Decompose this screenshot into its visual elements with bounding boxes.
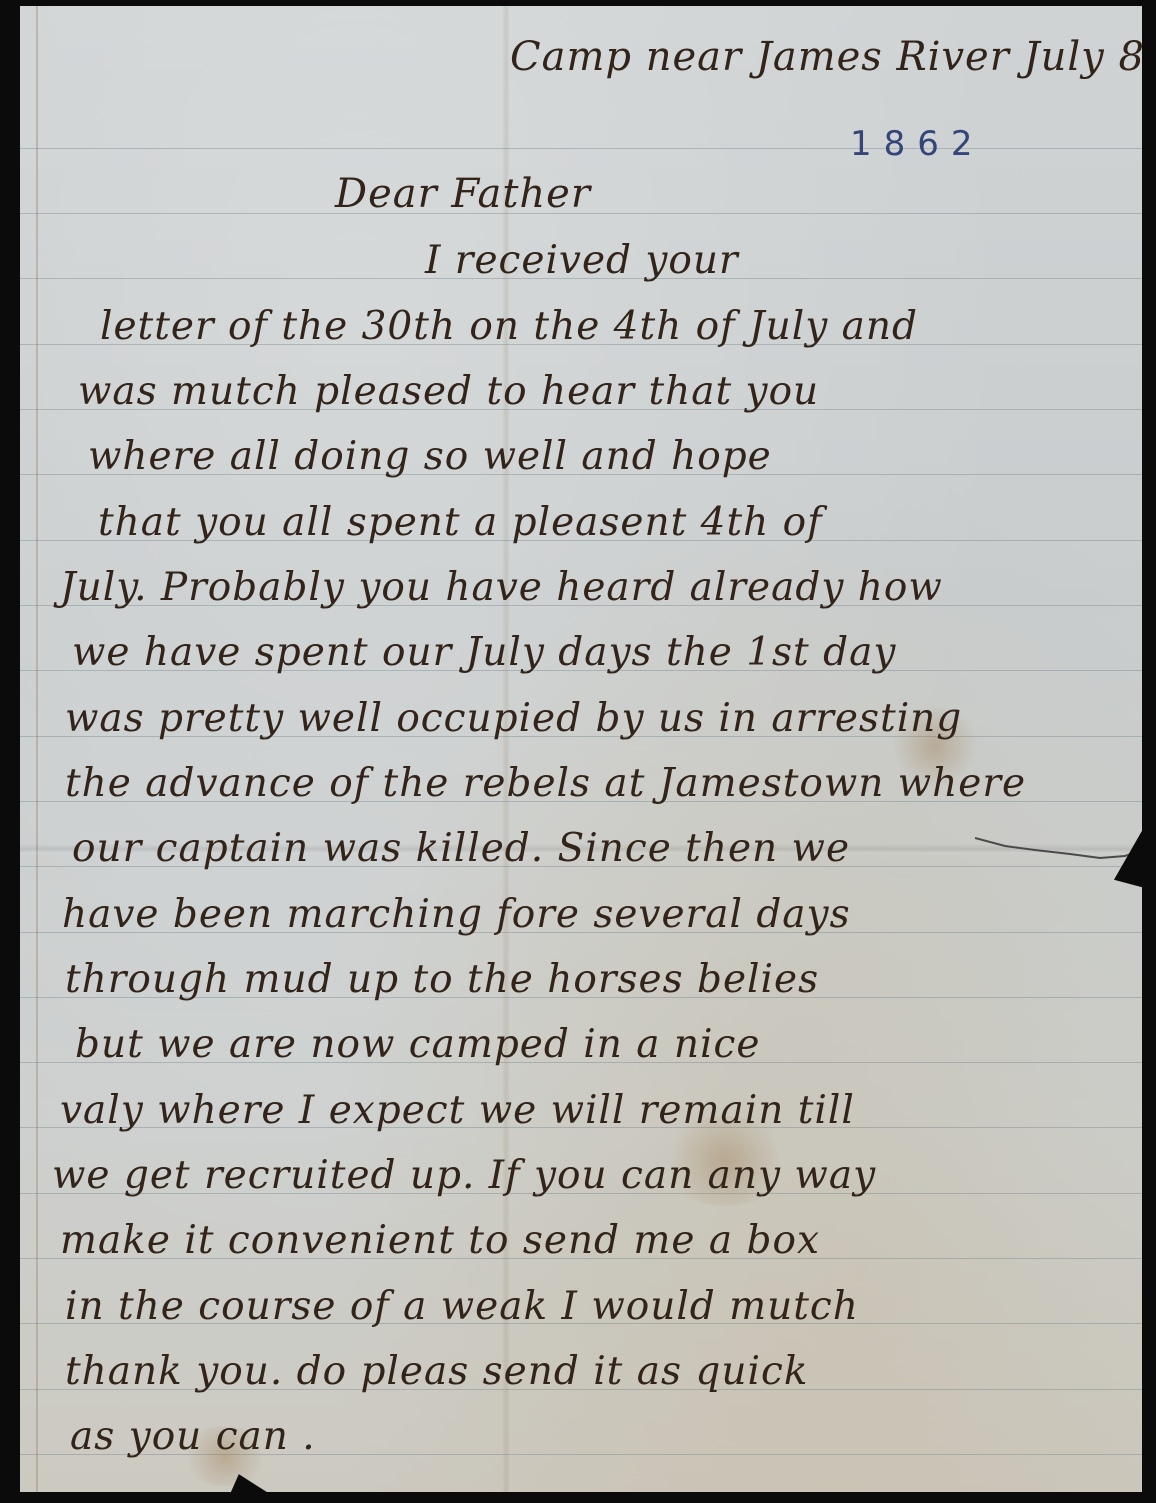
letter-line: where all doing so well and hope: [88, 434, 772, 479]
letter-line: in the course of a weak I would mutch: [65, 1284, 859, 1329]
letter-line: was mutch pleased to hear that you: [78, 369, 819, 414]
letter-line: have been marching fore several days: [62, 892, 851, 937]
letter-line: our captain was killed. Since then we: [72, 826, 850, 871]
letter-line: letter of the 30th on the 4th of July an…: [100, 304, 918, 349]
letter-line: July. Probably you have heard already ho…: [60, 565, 943, 610]
heading-place: Camp near James River: [510, 34, 1010, 80]
year-annotation: 1862: [850, 124, 985, 164]
letter-line: thank you. do pleas send it as quick: [65, 1349, 808, 1394]
letter-heading: Camp near James River July 8th: [510, 34, 1156, 80]
letter-line: we have spent our July days the 1st day: [72, 630, 896, 675]
heading-date: July 8: [1024, 34, 1145, 80]
letter-line: that you all spent a pleasent 4th of: [98, 500, 823, 545]
margin-line: [36, 6, 38, 1492]
letter-line: valy where I expect we will remain till: [60, 1088, 855, 1133]
letter-line: the advance of the rebels at Jamestown w…: [65, 761, 1026, 806]
letter-line: was pretty well occupied by us in arrest…: [65, 696, 962, 741]
letter-line: make it convenient to send me a box: [60, 1218, 820, 1263]
tear-mark: [975, 836, 1145, 866]
letter-line: as you can .: [70, 1414, 316, 1459]
letter-line: I received your: [425, 238, 739, 283]
letter-line: through mud up to the horses belies: [65, 957, 819, 1002]
salutation: Dear Father: [335, 171, 591, 217]
letter-page: Camp near James River July 8th 1862 Dear…: [20, 6, 1142, 1492]
vertical-fold: [502, 6, 510, 1492]
heading-date-suffix: th: [1145, 37, 1156, 61]
letter-line: but we are now camped in a nice: [75, 1022, 760, 1067]
letter-line: we get recruited up. If you can any way: [52, 1153, 876, 1198]
